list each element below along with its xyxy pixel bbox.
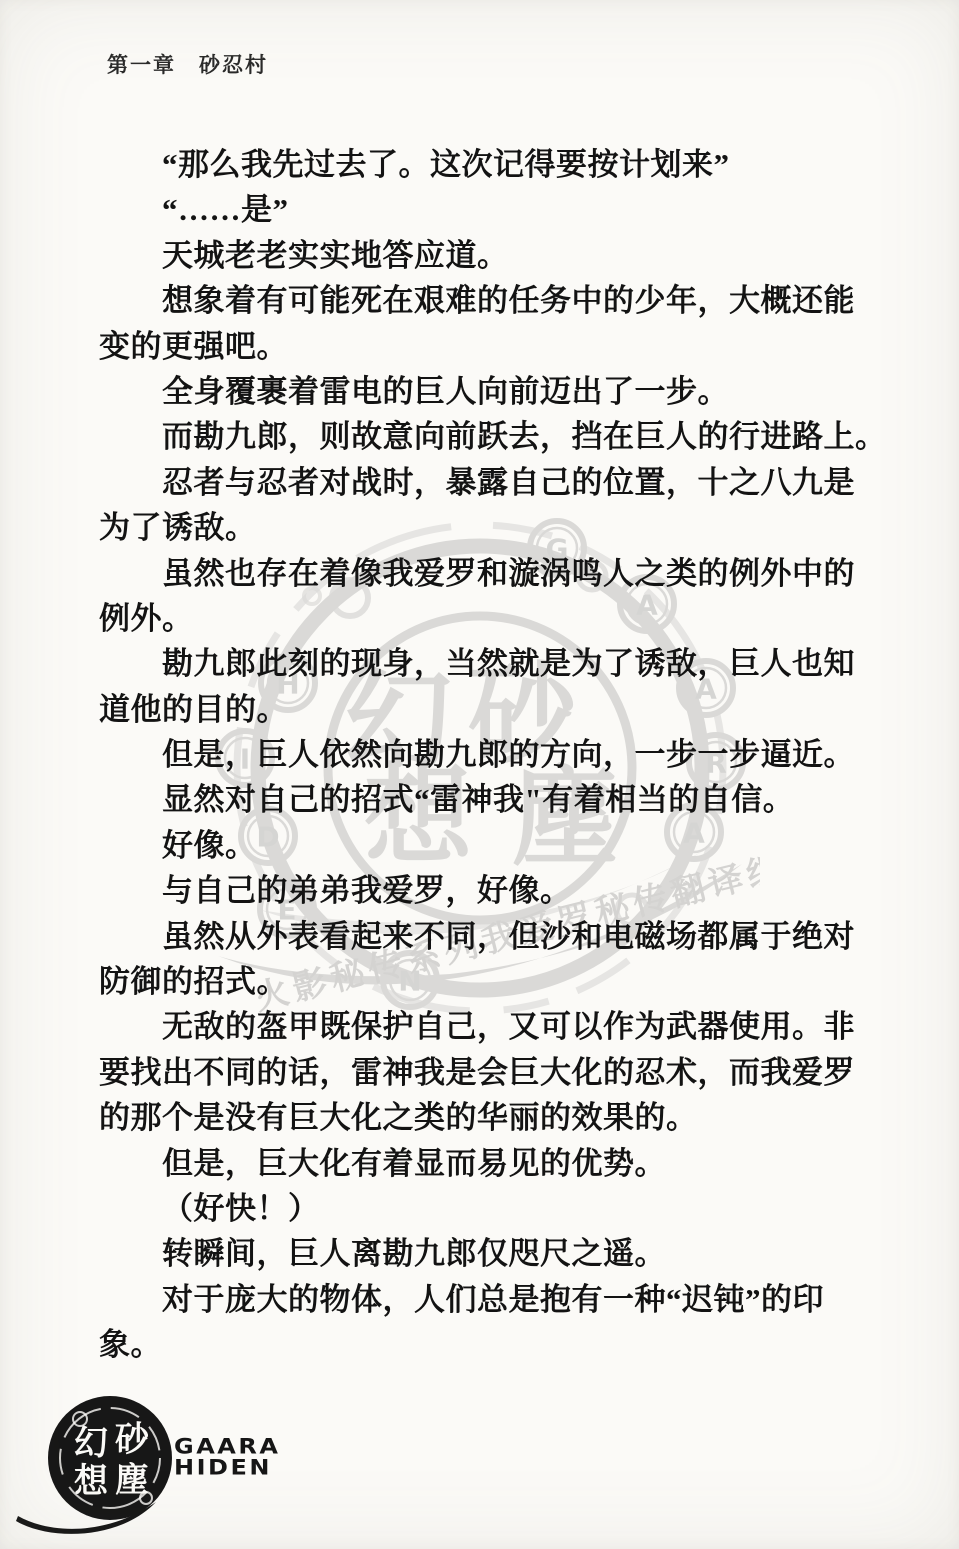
text-line: “……是”	[99, 187, 881, 232]
text-line: 防御的招式。	[99, 959, 881, 1004]
text-line: 虽然也存在着像我爱罗和漩涡鸣人之类的例外中的	[99, 551, 881, 596]
text-line: （好快！）	[99, 1186, 881, 1231]
text-line: 对于庞大的物体，人们总是抱有一种“迟钝”的印	[99, 1277, 881, 1322]
text-line: 显然对自己的招式“雷神我"有着相当的自信。	[99, 777, 881, 822]
seal-char-sha: 砂	[115, 1421, 150, 1459]
novel-page: 幻 砂 想 塵 GAARANEDIH 火影秘传系列我爱罗秘传翻译组 第一章 砂忍…	[0, 0, 959, 1549]
text-line: 但是，巨大化有着显而易见的优势。	[99, 1141, 881, 1186]
body-text: “那么我先过去了。这次记得要按计划来”“……是”天城老老实实地答应道。想象着有可…	[99, 142, 881, 1368]
text-line: 虽然从外表看起来不同，但沙和电磁场都属于绝对	[99, 914, 881, 959]
text-line: 变的更强吧。	[99, 324, 881, 369]
text-line: 全身覆裹着雷电的巨人向前迈出了一步。	[99, 369, 881, 414]
seal-char-xiang: 想	[74, 1463, 109, 1501]
text-line: 与自己的弟弟我爱罗，好像。	[99, 868, 881, 913]
text-line: 要找出不同的话，雷神我是会巨大化的忍术，而我爱罗	[99, 1050, 881, 1095]
text-line: 忍者与忍者对战时，暴露自己的位置，十之八九是	[99, 460, 881, 505]
text-line: 为了诱敌。	[99, 505, 881, 550]
text-line: “那么我先过去了。这次记得要按计划来”	[99, 142, 881, 187]
text-line: 的那个是没有巨大化之类的华丽的效果的。	[99, 1095, 881, 1140]
text-line: 道他的目的。	[99, 687, 881, 732]
text-line: 例外。	[99, 596, 881, 641]
text-line: 好像。	[99, 823, 881, 868]
text-line: 无敌的盔甲既保护自己，又可以作为武器使用。非	[99, 1004, 881, 1049]
logo-title-hiden: HIDEN	[174, 1455, 272, 1480]
seal-circle	[48, 1396, 172, 1520]
text-line: 转瞬间，巨人离勘九郎仅咫尺之遥。	[99, 1231, 881, 1276]
text-line: 象。	[99, 1322, 881, 1367]
chapter-header: 第一章 砂忍村	[107, 49, 268, 79]
text-line: 天城老老实实地答应道。	[99, 233, 881, 278]
text-line: 但是，巨人依然向勘九郎的方向，一步一步逼近。	[99, 732, 881, 777]
text-line: 想象着有可能死在艰难的任务中的少年，大概还能	[99, 278, 881, 323]
text-line: 而勘九郎，则故意向前跃去，挡在巨人的行进路上。	[99, 414, 881, 459]
text-line: 勘九郎此刻的现身，当然就是为了诱敌，巨人也知	[99, 641, 881, 686]
seal-char-chen: 塵	[115, 1462, 149, 1500]
seal-char-huan: 幻	[74, 1425, 108, 1463]
